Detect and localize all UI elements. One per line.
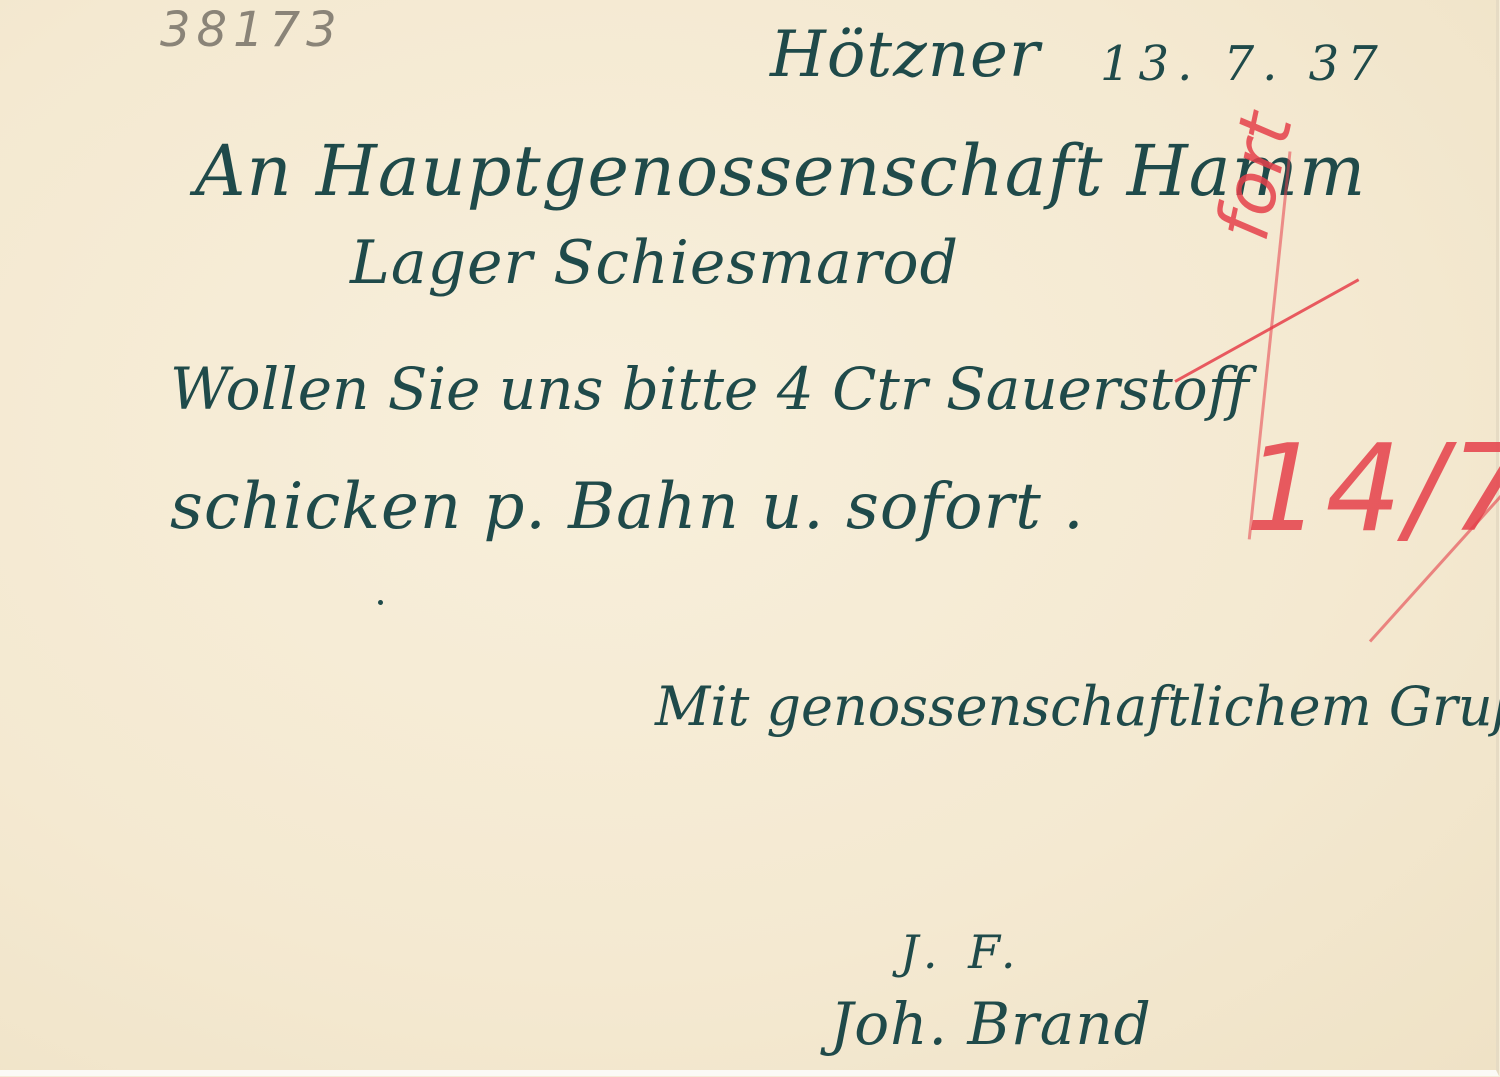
recipient-line-2: Lager Schiesmarod: [350, 228, 959, 298]
body-line-2: schicken p. Bahn u. sofort .: [170, 470, 1085, 544]
date: 13. 7. 37: [1100, 36, 1386, 92]
signature-initials: J. F.: [900, 925, 1024, 979]
body-line-1: Wollen Sie uns bitte 4 Ctr Sauerstoff: [170, 355, 1249, 423]
closing: Mit genossenschaftlichem Gruß: [655, 675, 1500, 738]
postcard: 38173 Hötzner 13. 7. 37 An Hauptgenossen…: [0, 0, 1499, 1076]
recipient-line-1: An Hauptgenossenschaft Hamm: [195, 130, 1366, 212]
archive-number: 38173: [160, 2, 343, 58]
ink-dot: [378, 600, 383, 605]
place: Hötzner: [770, 18, 1040, 92]
signature-name: Joh. Brand: [830, 990, 1152, 1058]
red-mark: fort: [1200, 106, 1309, 248]
